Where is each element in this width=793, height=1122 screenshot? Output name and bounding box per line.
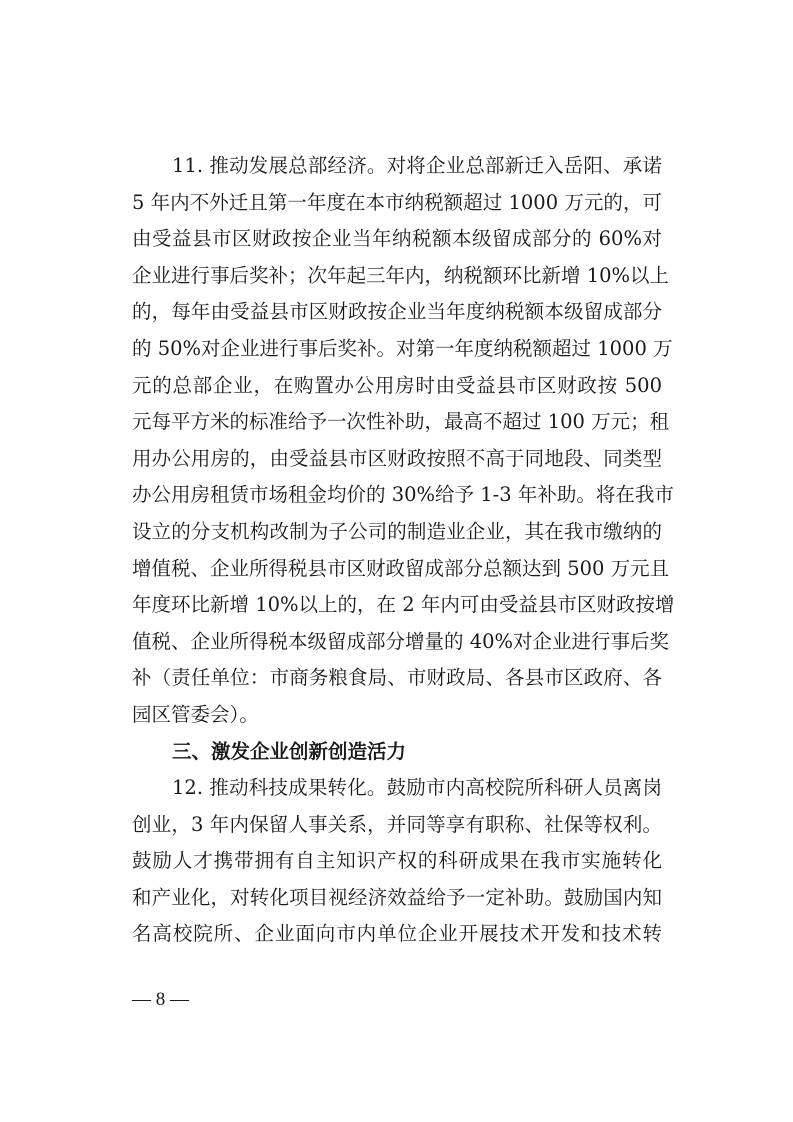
- text-line: 的 50%对企业进行事后奖补。对第一年度纳税额超过 1000 万: [132, 331, 662, 368]
- text-line: 创业，3 年内保留人事关系，并同等享有职称、社保等权利。: [132, 807, 662, 844]
- document-body: 11. 推动发展总部经济。对将企业总部新迁入岳阳、承诺 5 年内不外迁且第一年度…: [132, 148, 662, 953]
- page-number: — 8 —: [132, 988, 189, 1012]
- text-line: 补（责任单位：市商务粮食局、市财政局、各县市区政府、各: [132, 660, 662, 697]
- text-line: 元的总部企业，在购置办公用房时由受益县市区财政按 500: [132, 368, 662, 405]
- text-line: 和产业化，对转化项目视经济效益给予一定补助。鼓励国内知: [132, 880, 662, 917]
- text-line: 年度环比新增 10%以上的，在 2 年内可由受益县市区财政按增: [132, 587, 662, 624]
- text-line: 园区管委会）。: [132, 697, 662, 734]
- text-line: 12. 推动科技成果转化。鼓励市内高校院所科研人员离岗: [132, 770, 662, 807]
- text-line: 元每平方米的标准给予一次性补助，最高不超过 100 万元；租: [132, 404, 662, 441]
- text-line: 企业进行事后奖补；次年起三年内，纳税额环比新增 10%以上: [132, 258, 662, 295]
- text-line: 办公用房租赁市场租金均价的 30%给予 1-3 年补助。将在我市: [132, 477, 662, 514]
- text-line: 名高校院所、企业面向市内单位企业开展技术开发和技术转: [132, 916, 662, 953]
- text-line: 增值税、企业所得税县市区财政留成部分总额达到 500 万元且: [132, 551, 662, 588]
- text-line: 11. 推动发展总部经济。对将企业总部新迁入岳阳、承诺: [132, 148, 662, 185]
- section-heading: 三、激发企业创新创造活力: [132, 734, 662, 771]
- text-line: 由受益县市区财政按企业当年纳税额本级留成部分的 60%对: [132, 221, 662, 258]
- text-line: 用办公用房的，由受益县市区财政按照不高于同地段、同类型: [132, 441, 662, 478]
- text-line: 值税、企业所得税本级留成部分增量的 40%对企业进行事后奖: [132, 624, 662, 661]
- text-line: 的，每年由受益县市区财政按企业当年度纳税额本级留成部分: [132, 294, 662, 331]
- text-line: 5 年内不外迁且第一年度在本市纳税额超过 1000 万元的，可: [132, 185, 662, 222]
- text-line: 鼓励人才携带拥有自主知识产权的科研成果在我市实施转化: [132, 843, 662, 880]
- text-line: 设立的分支机构改制为子公司的制造业企业，其在我市缴纳的: [132, 514, 662, 551]
